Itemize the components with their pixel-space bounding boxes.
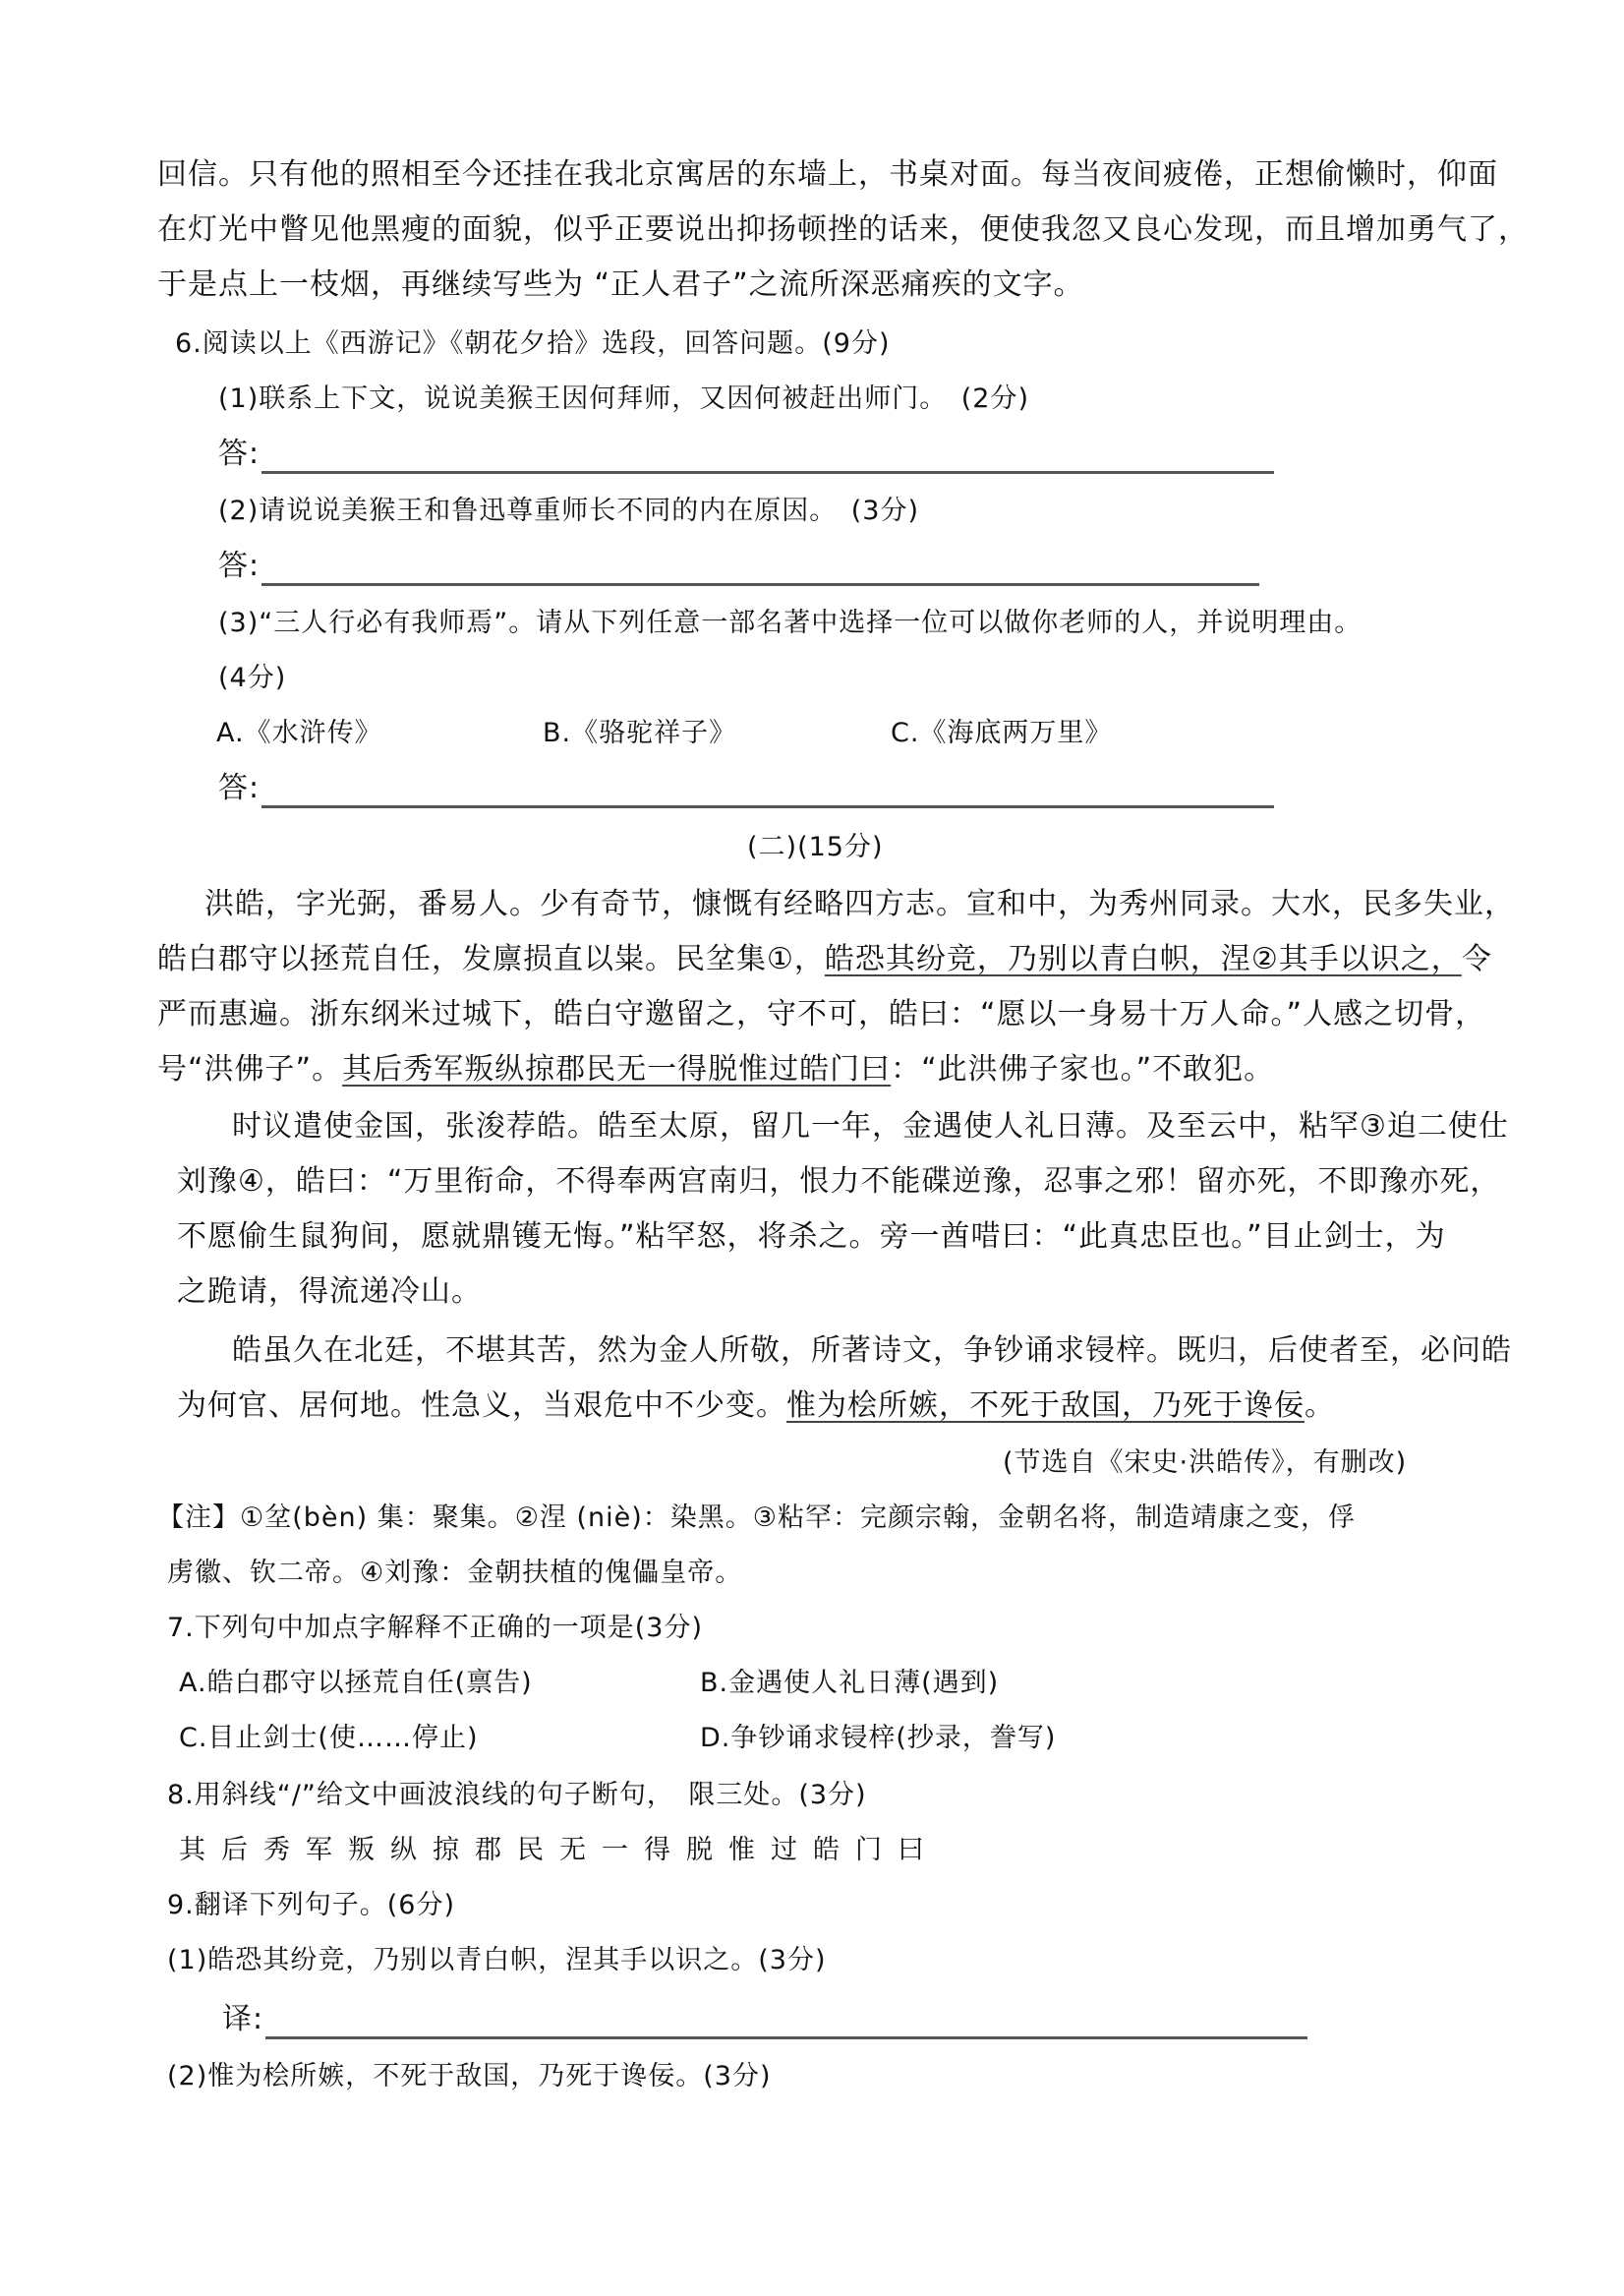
option-a: A.《水浒传》 [216, 714, 382, 753]
underlined-sentence: 皓恐其纷竞，乃别以青白帜，涅②其手以识之， [825, 942, 1462, 976]
passage-line: 号“洪佛子”。其后秀军叛纵掠郡民无一得脱惟过皓门曰：“此洪佛子家也。”不敢犯。 [157, 1050, 1274, 1089]
passage-line: 于是点上一枝烟，再继续写些为 “正人君子”之流所深恶痛疾的文字。 [157, 265, 1084, 305]
question-6-sub2: (2)请说说美猴王和鲁迅尊重师长不同的内在原因。 (3分) [218, 492, 919, 531]
text: ：“此洪佛子家也。”不敢犯。 [891, 1052, 1274, 1087]
passage-line: 皓白郡守以拯荒自任，发廪损直以粜。民坌集①，皓恐其纷竞，乃别以青白帜，涅②其手以… [157, 940, 1492, 979]
question-9-title: 9.翻译下列句子。(6分) [167, 1886, 455, 1925]
question-8-sentence: 其后秀军叛纵掠郡民无一得脱惟过皓门曰 [179, 1831, 940, 1870]
passage-line: 严而惠遍。浙东纲米过城下，皓白守邀留之，守不可，皓曰：“愿以一身易十万人命。”人… [157, 995, 1485, 1034]
option-b: B.《骆驼祥子》 [543, 714, 736, 753]
text: 令 [1462, 942, 1492, 976]
answer-blank-3[interactable] [261, 778, 1274, 808]
passage-line: 为何官、居何地。性急义，当艰危中不少变。惟为桧所嫉，不死于敌国，乃死于谗佞。 [177, 1386, 1335, 1426]
q7-option-d: D.争钞诵求锓梓(抄录，誊写) [700, 1719, 1056, 1758]
question-6-sub3-score: (4分) [218, 659, 286, 698]
passage-line: 洪皓，字光弼，番易人。少有奇节，慷慨有经略四方志。宣和中，为秀州同录。大水，民多… [204, 885, 1515, 924]
question-6-sub1: (1)联系上下文，说说美猴王因何拜师，又因何被赶出师门。 (2分) [218, 380, 1029, 419]
option-c: C.《海底两万里》 [891, 714, 1112, 753]
question-9-sub2: (2)惟为桧所嫉，不死于敌国，乃死于谗佞。(3分) [167, 2057, 772, 2096]
passage-line: 不愿偷生鼠狗间，愿就鼎镬无悔。”粘罕怒，将杀之。旁一酋唶曰：“此真忠臣也。”目止… [177, 1217, 1446, 1257]
text: 严而惠遍。浙东纲米过城下，皓白守邀留之，守不可，皓曰：“愿以一身易十万人命。”人… [157, 997, 1485, 1031]
passage-line: 刘豫④，皓曰：“万里衔命，不得奉两宫南归，恨力不能碟逆豫，忍事之邪！留亦死，不即… [177, 1162, 1500, 1202]
text: 为何官、居何地。性急义，当艰危中不少变。 [177, 1388, 786, 1423]
answer-label: 答: [218, 437, 260, 471]
translate-blank[interactable] [265, 2009, 1307, 2039]
question-6-sub3: (3)“三人行必有我师焉”。请从下列任意一部名著中选择一位可以做你老师的人，并说… [218, 604, 1362, 643]
translate-row: 译: [222, 2000, 1307, 2039]
section-heading: (二)(15分) [747, 828, 884, 867]
passage-line: 之跪请，得流递冷山。 [177, 1272, 482, 1312]
notes-line: 【注】①坌(bèn) 集：聚集。②涅 (niè)：染黑。③粘罕：完颜宗翰，金朝名… [157, 1499, 1356, 1538]
passage-line: 回信。只有他的照相至今还挂在我北京寓居的东墙上，书桌对面。每当夜间疲倦，正想偷懒… [157, 155, 1498, 195]
source-citation: (节选自《宋史·洪皓传》，有删改) [1003, 1443, 1407, 1483]
passage-line: 皓虽久在北廷，不堪其苦，然为金人所敬，所著诗文，争钞诵求锓梓。既归，后使者至，必… [232, 1331, 1512, 1371]
text: 皓白郡守以拯荒自任，发廪损直以粜。民坌集①， [157, 942, 825, 976]
answer-blank-1[interactable] [261, 443, 1274, 474]
notes-line: 虏徽、钦二帝。④刘豫：金朝扶植的傀儡皇帝。 [167, 1554, 742, 1593]
text: 皓虽久在北廷，不堪其苦，然为金人所敬，所著诗文，争钞诵求锓梓。既归，后使者至，必… [232, 1333, 1512, 1368]
q7-option-a: A.皓白郡守以拯荒自任(禀告) [179, 1664, 533, 1703]
answer-row: 答: [218, 547, 1259, 586]
text: 。 [1305, 1388, 1335, 1423]
text: 洪皓，字光弼，番易人。少有奇节，慷慨有经略四方志。宣和中，为秀州同录。大水，民多… [204, 887, 1515, 921]
translate-label: 译: [222, 2002, 263, 2036]
answer-label: 答: [218, 771, 260, 805]
text: 号“洪佛子”。 [157, 1052, 342, 1087]
passage-line: 在灯光中瞥见他黑瘦的面貌，似乎正要说出抑扬顿挫的话来，便使我忽又良心发现，而且增… [157, 210, 1529, 250]
question-9-sub1: (1)皓恐其纷竞，乃别以青白帜，涅其手以识之。(3分) [167, 1941, 827, 1980]
passage-line: 时议遣使金国，张浚荐皓。皓至太原，留几一年，金遇使人礼日薄。及至云中，粘罕③迫二… [232, 1107, 1509, 1147]
question-7-title: 7.下列句中加点字解释不正确的一项是(3分) [167, 1609, 703, 1648]
question-8-title: 8.用斜线“/”给文中画波浪线的句子断句， 限三处。(3分) [167, 1776, 867, 1815]
answer-label: 答: [218, 549, 260, 583]
question-6-title: 6.阅读以上《西游记》《朝花夕拾》选段，回答问题。(9分) [175, 324, 891, 364]
q7-option-c: C.目止剑士(使……停止) [179, 1719, 479, 1758]
answer-blank-2[interactable] [261, 556, 1259, 586]
wavy-underlined-sentence: 其后秀军叛纵掠郡民无一得脱惟过皓门曰 [342, 1052, 891, 1087]
q7-option-b: B.金遇使人礼日薄(遇到) [700, 1664, 999, 1703]
answer-row: 答: [218, 435, 1274, 474]
underlined-sentence: 惟为桧所嫉，不死于敌国，乃死于谗佞 [786, 1388, 1305, 1423]
answer-row: 答: [218, 769, 1274, 808]
